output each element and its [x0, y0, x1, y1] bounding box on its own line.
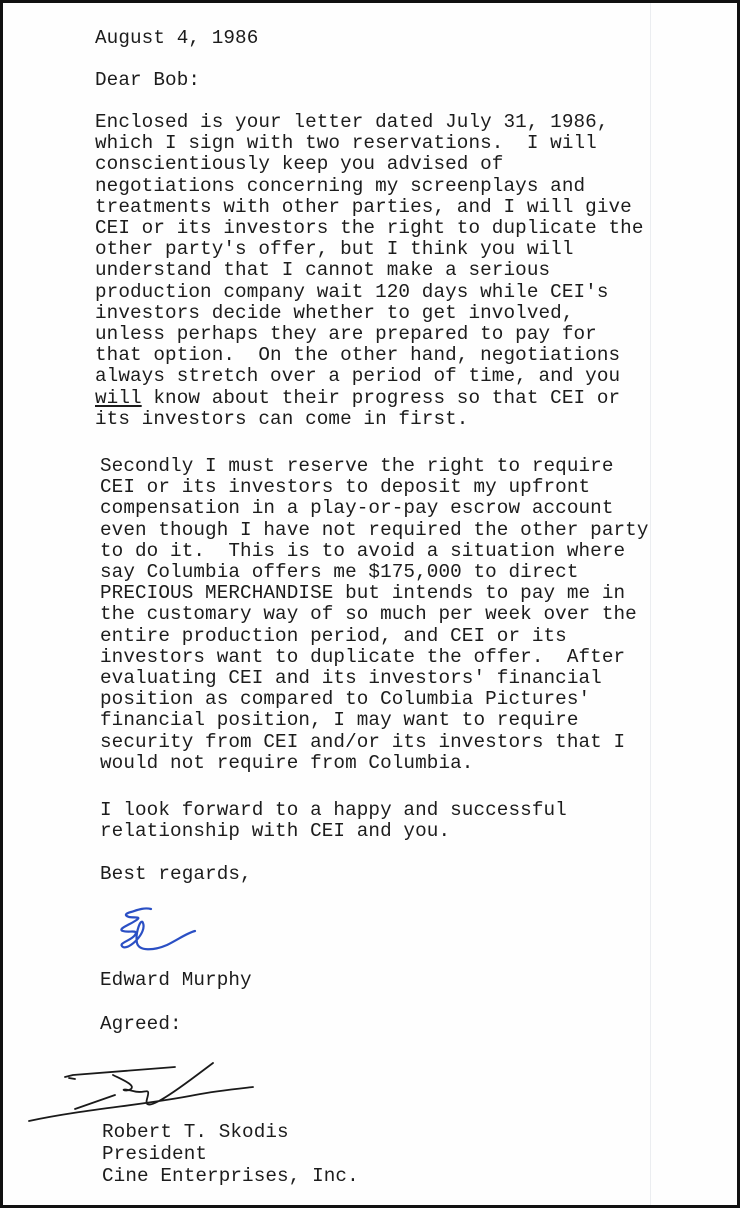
sender-name: Edward Murphy — [100, 969, 252, 991]
closing: Best regards, — [100, 863, 252, 885]
text-line: unless perhaps they are prepared to pay … — [95, 323, 597, 345]
text-line: treatments with other parties, and I wil… — [95, 196, 632, 218]
text-line: position as compared to Columbia Picture… — [100, 688, 590, 710]
text-line: production company wait 120 days while C… — [95, 281, 609, 303]
recipient-signature-icon — [25, 1043, 285, 1123]
text-line: PRECIOUS MERCHANDISE but intends to pay … — [100, 582, 625, 604]
text-line: CEI or its investors to deposit my upfro… — [100, 476, 590, 498]
text-line: always stretch over a period of time, an… — [95, 365, 620, 387]
text-line: understand that I cannot make a serious — [95, 259, 550, 281]
text-line: Secondly I must reserve the right to req… — [100, 455, 614, 477]
text-line: conscientiously keep you advised of — [95, 153, 503, 175]
text-line: the customary way of so much per week ov… — [100, 603, 637, 625]
text-line: to do it. This is to avoid a situation w… — [100, 540, 625, 562]
recipient-title: President — [102, 1143, 207, 1165]
text-line: that option. On the other hand, negotiat… — [95, 344, 620, 366]
text-line: negotiations concerning my screenplays a… — [95, 175, 585, 197]
text-line: evaluating CEI and its investors' financ… — [100, 667, 602, 689]
paper-fold-line — [650, 3, 651, 1205]
text-line: other party's offer, but I think you wil… — [95, 238, 574, 260]
text-line: entire production period, and CEI or its — [100, 625, 567, 647]
recipient-name: Robert T. Skodis — [102, 1121, 289, 1143]
text-line: investors decide whether to get involved… — [95, 302, 574, 324]
text-line: security from CEI and/or its investors t… — [100, 731, 625, 753]
text-line: investors want to duplicate the offer. A… — [100, 646, 625, 668]
text-line: its investors can come in first. — [95, 408, 468, 430]
text-line: financial position, I may want to requir… — [100, 709, 579, 731]
text-line: say Columbia offers me $175,000 to direc… — [100, 561, 579, 583]
salutation: Dear Bob: — [95, 69, 200, 91]
text-line: even though I have not required the othe… — [100, 519, 649, 541]
agreed-label: Agreed: — [100, 1013, 182, 1035]
text-line: Enclosed is your letter dated July 31, 1… — [95, 111, 609, 133]
text-line: will know about their progress so that C… — [95, 387, 620, 409]
text-line: I look forward to a happy and successful — [100, 799, 567, 821]
text-line: compensation in a play-or-pay escrow acc… — [100, 497, 614, 519]
text-line: relationship with CEI and you. — [100, 820, 450, 842]
underlined-word: will — [95, 387, 142, 409]
text-line: CEI or its investors the right to duplic… — [95, 217, 644, 239]
letter-date: August 4, 1986 — [95, 27, 258, 49]
text-line: would not require from Columbia. — [100, 752, 473, 774]
recipient-company: Cine Enterprises, Inc. — [102, 1165, 359, 1187]
sender-signature-icon — [113, 903, 223, 963]
letter-page: August 4, 1986 Dear Bob: Enclosed is you… — [0, 0, 740, 1208]
text-line: which I sign with two reservations. I wi… — [95, 132, 597, 154]
